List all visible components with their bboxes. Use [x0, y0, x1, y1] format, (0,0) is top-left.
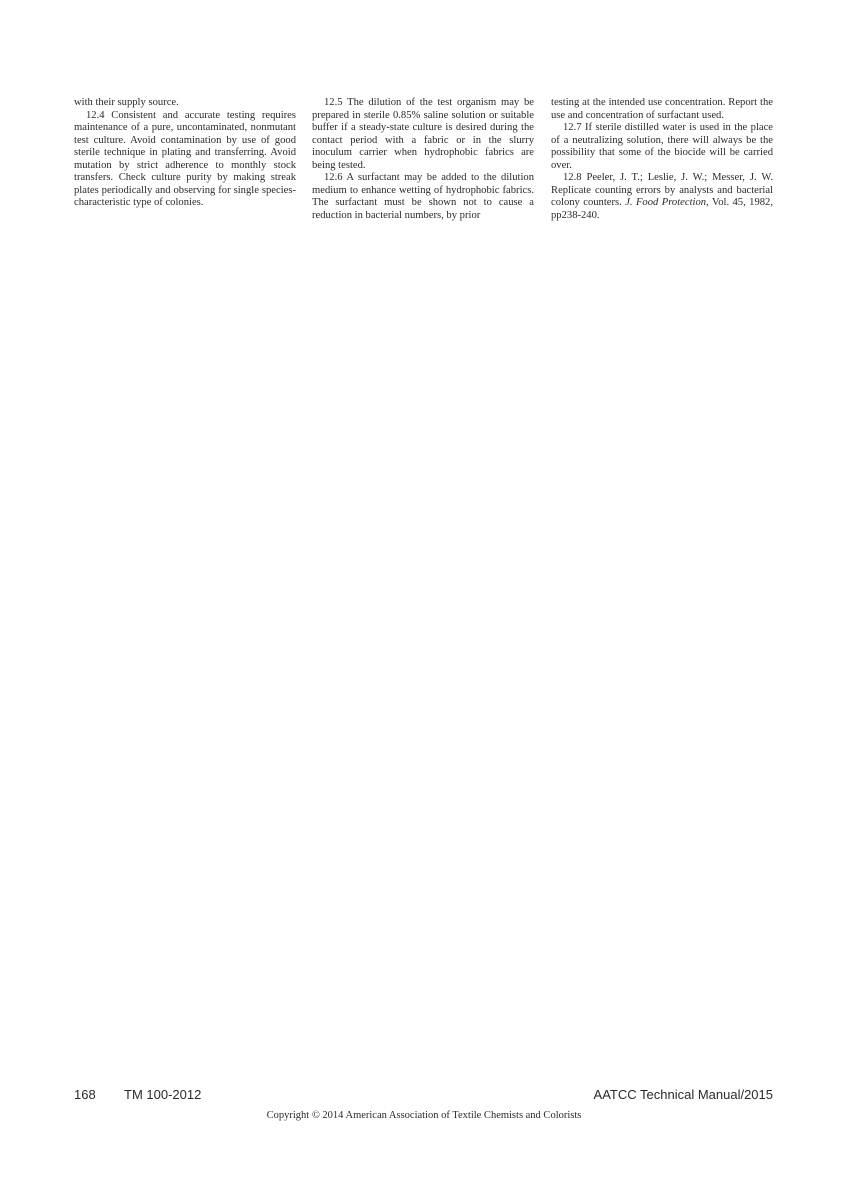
text-column-3: testing at the intended use concentratio…: [551, 97, 773, 222]
paragraph-12-7: 12.7 If sterile distilled water is used …: [551, 122, 773, 172]
manual-title: AATCC Technical Manual/2015: [594, 1087, 773, 1102]
reference-journal: J. Food Protec­tion: [625, 197, 706, 208]
paragraph-12-6-continued: testing at the intended use concentratio…: [551, 97, 773, 122]
page-footer: 168 TM 100-2012 AATCC Technical Manual/2…: [0, 1087, 848, 1103]
paragraph-12-4: 12.4 Consistent and accurate testing re­…: [74, 110, 296, 210]
text-column-1: with their supply source. 12.4 Consisten…: [74, 97, 296, 210]
paragraph-12-8-reference: 12.8 Peeler, J. T.; Leslie, J. W.; Messe…: [551, 172, 773, 222]
paragraph-supply-source: with their supply source.: [74, 97, 296, 110]
paragraph-12-6: 12.6 A surfactant may be added to the di…: [312, 172, 534, 222]
copyright-notice: Copyright © 2014 American Association of…: [0, 1110, 848, 1121]
page-number: 168: [74, 1087, 96, 1102]
text-column-2: 12.5 The dilution of the test organism m…: [312, 97, 534, 222]
paragraph-12-5: 12.5 The dilution of the test organism m…: [312, 97, 534, 172]
document-id: TM 100-2012: [124, 1087, 201, 1102]
